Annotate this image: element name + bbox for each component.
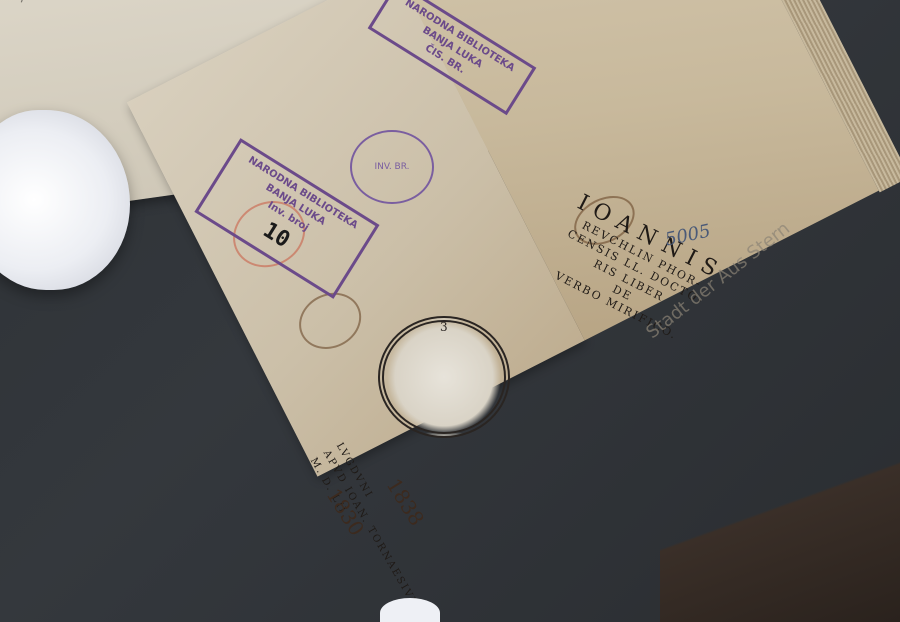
white-glove-fingertip (380, 598, 440, 622)
table-corner (660, 442, 900, 622)
photo-scene: 1 2 NARODNA BIBLIOTEKA BANJA LUKA ČIS. B… (0, 0, 900, 622)
printer-mark-glyph: 3 (440, 320, 448, 334)
printer-device-mark (378, 316, 510, 438)
round-stamp-text: INV. BR. (374, 162, 409, 172)
round-stamp: INV. BR. (350, 130, 434, 204)
